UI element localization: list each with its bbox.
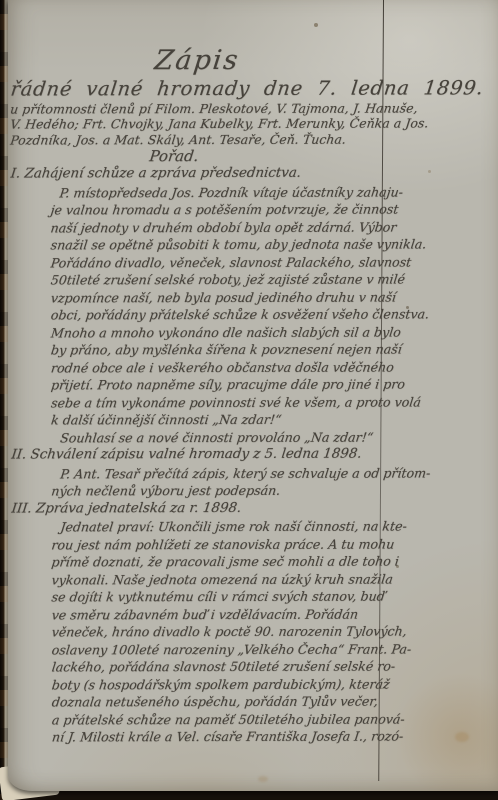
manuscript-line: by přáno, aby myšlénka šířena k povznese… xyxy=(50,341,394,359)
manuscript-line: přímě doznati, že pracovali jsme seč moh… xyxy=(51,553,395,571)
manuscript-line: rodné obce ale i veškerého občanstva doš… xyxy=(50,358,394,376)
manuscript-line: Souhlasí se a nové činnosti provoláno „N… xyxy=(50,428,394,446)
manuscript-line: Jednatel praví: Ukončili jsme rok naší č… xyxy=(50,518,394,536)
manuscript-line: P. místopředseda Jos. Pozdník vítaje úča… xyxy=(50,183,394,201)
section-1-heading: I. Zahájení schůze a zpráva předsednictv… xyxy=(10,165,394,185)
handwritten-content: Zápis řádné valné hromady dne 7. ledna 1… xyxy=(9,0,393,746)
section-2-heading: II. Schválení zápisu valné hromady z 5. … xyxy=(10,446,394,466)
manuscript-line: se dojíti k vytknutému cíli v rámci svýc… xyxy=(51,588,395,606)
manuscript-line: Pořádáno divadlo, věneček, slavnost Pala… xyxy=(50,253,394,271)
doc-subtitle: řádné valné hromady dne 7. ledna 1899. xyxy=(9,75,394,101)
manuscript-line: lackého, pořádána slavnost 50tileté zruš… xyxy=(51,658,395,676)
section-3-heading: III. Zpráva jednatelská za r. 1898. xyxy=(10,499,394,519)
manuscript-line: vzpomínce naší, neb byla posud jediného … xyxy=(50,288,394,306)
manuscript-photo: Zápis řádné valné hromady dne 7. ledna 1… xyxy=(0,0,498,800)
attendees-line: Pozdníka, Jos. a Mat. Skály, Ant. Tesaře… xyxy=(9,131,393,147)
manuscript-line: rou jest nám pohlížeti ze stanoviska prá… xyxy=(50,535,394,553)
manuscript-line: boty (s hospodářským spolkem pardubickým… xyxy=(51,675,395,693)
manuscript-line: Mnoho a mnoho vykonáno dle našich slabýc… xyxy=(50,323,394,341)
manuscript-line: je valnou hromadu a s potěšením potvrzuj… xyxy=(50,201,394,219)
manuscript-line: a přátelské schůze na paměť 50tiletého j… xyxy=(51,710,395,728)
manuscript-line: věneček, hráno divadlo k poctě 90. naroz… xyxy=(51,623,395,641)
manuscript-line: oslaveny 100leté narozeniny „Velkého Čec… xyxy=(51,640,395,658)
manuscript-line: přijetí. Proto napněme síly, pracujme dá… xyxy=(50,376,394,394)
manuscript-line: 50tileté zrušení selské roboty, jež zaji… xyxy=(50,271,394,289)
paper-stain xyxy=(428,170,431,173)
agenda-label: Pořad. xyxy=(9,148,393,166)
manuscript-line: ve směru zábavném buď i vzdělávacím. Poř… xyxy=(51,605,395,623)
manuscript-line: sebe a tím vykonáme povinnosti své ke vš… xyxy=(50,393,394,411)
doc-title: Zápis xyxy=(9,45,395,76)
manuscript-line: naší jednoty v druhém období byla opět z… xyxy=(50,218,394,236)
attendees-line: V. Hedého; Frt. Chvojky, Jana Kubelky, F… xyxy=(9,116,393,132)
manuscript-line: P. Ant. Tesař přečítá zápis, který se sc… xyxy=(50,464,394,482)
manuscript-line: vykonali. Naše jednota omezená na úzký k… xyxy=(51,570,395,588)
paper-stain xyxy=(455,732,469,742)
manuscript-line: ných nečlenů výboru jest podepsán. xyxy=(50,482,394,500)
manuscript-line: doznala netušeného úspěchu, pořádán Tylů… xyxy=(51,693,395,711)
paper-stain xyxy=(258,776,268,782)
manuscript-page: Zápis řádné valné hromady dne 7. ledna 1… xyxy=(8,0,498,791)
manuscript-line: snažil se opětně působiti k tomu, aby je… xyxy=(50,236,394,254)
manuscript-line: ní J. Milosti krále a Vel. císaře Franti… xyxy=(51,728,395,746)
attendees-line: u přítomnosti členů pí Filom. Pleskotové… xyxy=(9,100,393,116)
manuscript-line: k další účinnější činnosti „Na zdar!“ xyxy=(50,411,394,429)
manuscript-line: obci, pořádány přátelské schůze k osvěže… xyxy=(50,306,394,324)
